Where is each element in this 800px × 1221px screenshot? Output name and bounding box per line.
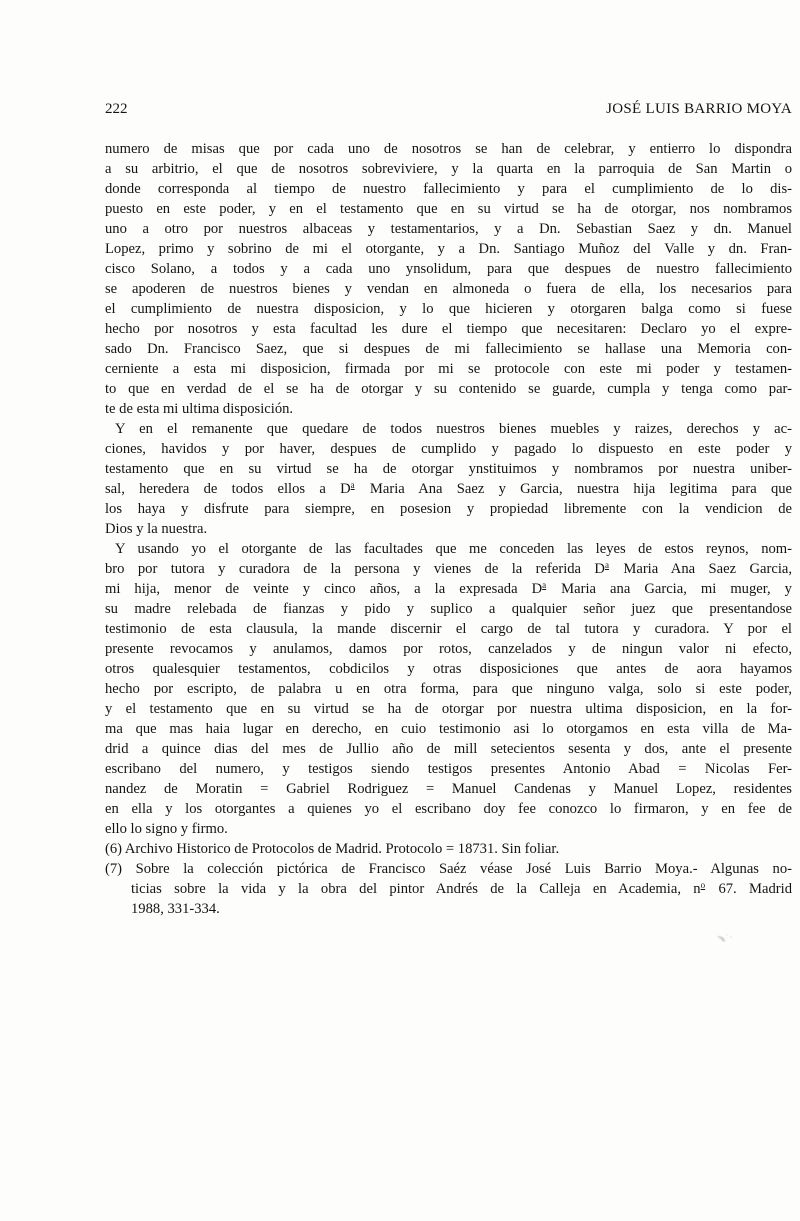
text-line: y el testamento que en su virtud se ha d… xyxy=(105,699,792,719)
text-line: el cumplimiento de nuestra disposicion, … xyxy=(105,299,792,319)
text-line: puesto en este poder, y en el testamento… xyxy=(105,199,792,219)
page-container: 222 JOSÉ LUIS BARRIO MOYA numero de misa… xyxy=(0,0,800,1221)
text-line: drid a quince dias del mes de Jullio año… xyxy=(105,739,792,759)
text-line: otros qualesquier testamentos, cobdicilo… xyxy=(105,659,792,679)
ordinal-superscript: a xyxy=(542,580,547,590)
footnote-marker: (7) xyxy=(105,861,122,877)
running-head: JOSÉ LUIS BARRIO MOYA xyxy=(606,101,792,118)
text-line: Dios y la nuestra. xyxy=(105,519,792,539)
page-header: 222 JOSÉ LUIS BARRIO MOYA xyxy=(105,101,792,118)
paragraph: Y en el remanente que quedare de todos n… xyxy=(105,419,792,539)
footnote-line: (7) Sobre la colección pictórica de Fran… xyxy=(131,859,792,879)
text-line: testimonio de esta clausula, la mande di… xyxy=(105,619,792,639)
text-line: nandez de Moratin = Gabriel Rodriguez = … xyxy=(105,779,792,799)
text-line: Y en el remanente que quedare de todos n… xyxy=(105,419,792,439)
footnote-line: ticias sobre la vida y la obra del pinto… xyxy=(131,879,792,899)
text-line: su madre relebada de fianzas y pido y su… xyxy=(105,599,792,619)
footnote: (6) Archivo Historico de Protocolos de M… xyxy=(105,839,792,859)
page-number: 222 xyxy=(105,101,128,118)
text-line: hecho por nosotros y esta facultad les d… xyxy=(105,319,792,339)
text-line: en ella y los otorgantes a quienes yo el… xyxy=(105,799,792,819)
footnote-line: (6) Archivo Historico de Protocolos de M… xyxy=(131,839,792,859)
text-line: Lopez, primo y sobrino de mi el otorgant… xyxy=(105,239,792,259)
text-line: cerniente a esta mi disposicion, firmada… xyxy=(105,359,792,379)
text-line: testamento que en su virtud se ha de oto… xyxy=(105,459,792,479)
ordinal-superscript: a xyxy=(351,480,356,490)
ordinal-superscript: a xyxy=(605,560,610,570)
paragraph: numero de misas que por cada uno de noso… xyxy=(105,139,792,419)
text-line: los haya y disfrute para siempre, en pos… xyxy=(105,499,792,519)
text-line: te de esta mi ultima disposición. xyxy=(105,399,792,419)
text-line: cisco Solano, a todos y a cada uno ynsol… xyxy=(105,259,792,279)
scan-smudge: ﹅˙· xyxy=(715,928,734,946)
text-line: numero de misas que por cada uno de noso… xyxy=(105,139,792,159)
text-line: uno a otro por nuestros albaceas y testa… xyxy=(105,219,792,239)
footnote: (7) Sobre la colección pictórica de Fran… xyxy=(105,859,792,919)
footnote-line: 1988, 331-334. xyxy=(131,899,792,919)
body-text: numero de misas que por cada uno de noso… xyxy=(105,139,792,919)
text-line: sal, heredera de todos ellos a Da Maria … xyxy=(105,479,792,499)
text-line: donde corresponda al tiempo de nuestro f… xyxy=(105,179,792,199)
text-line: to que en verdad de el se ha de otorgar … xyxy=(105,379,792,399)
text-line: ello lo signo y firmo. xyxy=(105,819,792,839)
ordinal-superscript: o xyxy=(701,880,707,890)
text-line: bro por tutora y curadora de la persona … xyxy=(105,559,792,579)
text-line: Y usando yo el otorgante de las facultad… xyxy=(105,539,792,559)
text-line: escribano del numero, y testigos siendo … xyxy=(105,759,792,779)
footnote-marker: (6) xyxy=(105,841,122,857)
paragraph: Y usando yo el otorgante de las facultad… xyxy=(105,539,792,839)
text-line: se apoderen de nuestros bienes y vendan … xyxy=(105,279,792,299)
text-line: presente revocamos y anulamos, damos por… xyxy=(105,639,792,659)
text-line: a su arbitrio, el que de nosotros sobrev… xyxy=(105,159,792,179)
text-line: ciones, havidos y por haver, despues de … xyxy=(105,439,792,459)
text-line: ma que mas haia lugar en derecho, en cui… xyxy=(105,719,792,739)
text-line: sado Dn. Francisco Saez, que si despues … xyxy=(105,339,792,359)
text-line: hecho por escripto, de palabra u en otra… xyxy=(105,679,792,699)
text-line: mi hija, menor de veinte y cinco años, a… xyxy=(105,579,792,599)
